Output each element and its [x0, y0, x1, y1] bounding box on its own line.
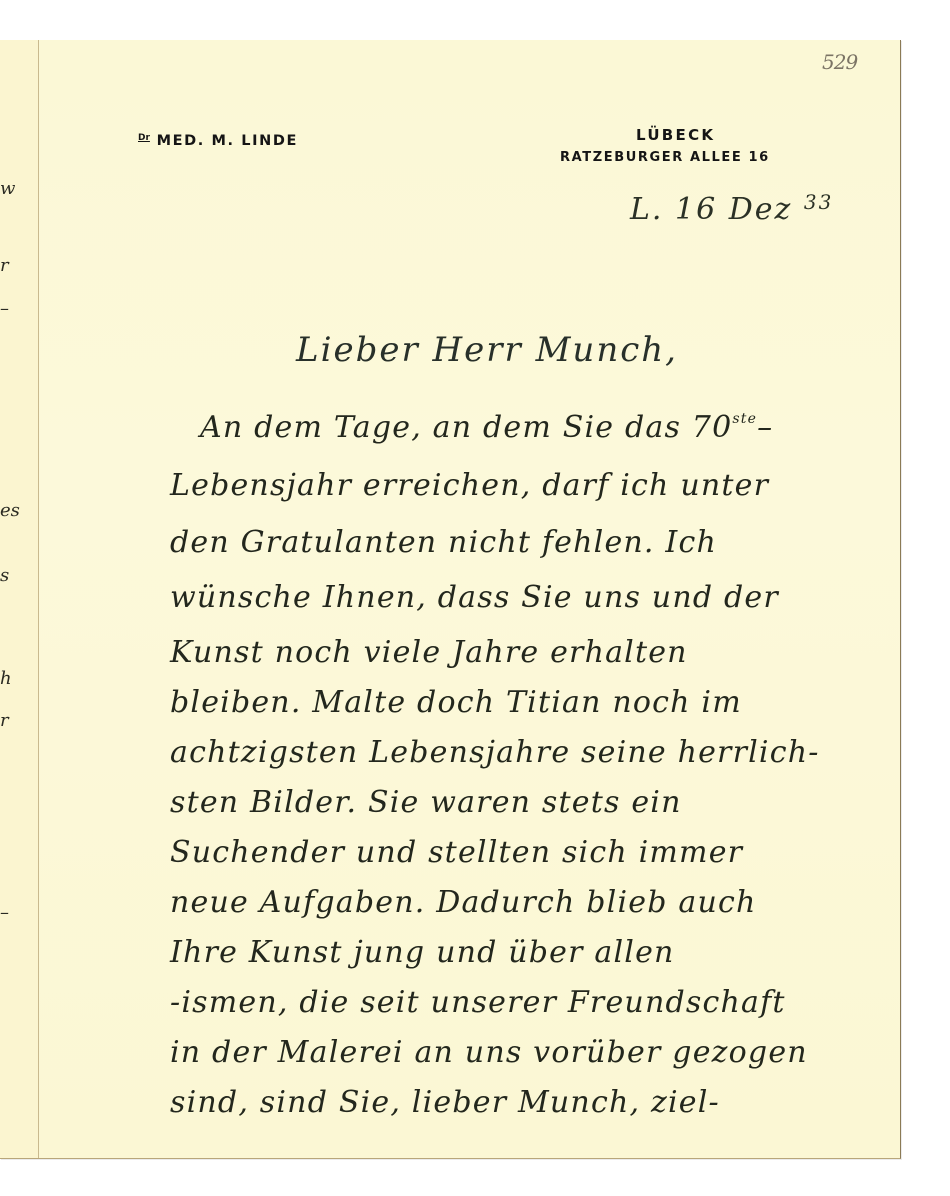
bleed-text: es — [0, 500, 28, 521]
body-line-1: An dem Tage, an dem Sie das 70ste– — [200, 410, 773, 445]
bleed-text: – — [0, 902, 28, 923]
letterhead-name: Dr MED. M. LINDE — [138, 133, 298, 149]
body-line-4: wünsche Ihnen, dass Sie uns und der — [170, 580, 779, 615]
bleed-text: r — [0, 255, 28, 276]
body-line-14: sind, sind Sie, lieber Munch, ziel- — [170, 1085, 720, 1120]
line-dash: – — [757, 410, 773, 445]
body-line-10: neue Aufgaben. Dadurch blieb auch — [170, 885, 757, 920]
letterhead-name-text: MED. M. LINDE — [157, 133, 298, 149]
letter-date: L. 16 Dez 33 — [630, 190, 833, 227]
body-line-9: Suchender und stellten sich immer — [170, 835, 743, 870]
body-line-text: An dem Tage, an dem Sie das 70 — [200, 410, 732, 445]
letter-sheet: w r – es s h r – 529 Dr MED. M. LINDE LÜ… — [0, 40, 901, 1159]
letterhead-city: LÜBECK — [636, 126, 715, 144]
letterhead-title: Dr — [138, 133, 150, 143]
salutation: Lieber Herr Munch, — [296, 330, 678, 370]
body-line-8: sten Bilder. Sie waren stets ein — [170, 785, 682, 820]
body-line-13: in der Malerei an uns vorüber gezogen — [170, 1035, 808, 1070]
date-text: L. 16 Dez — [630, 192, 792, 227]
body-line-7: achtzigsten Lebensjahre seine herrlich- — [170, 735, 820, 770]
letterhead-street: RATZEBURGER ALLEE 16 — [560, 150, 770, 165]
body-line-5: Kunst noch viele Jahre erhalten — [170, 635, 688, 670]
bleed-text: w — [0, 178, 28, 199]
body-line-2: Lebensjahr erreichen, darf ich unter — [170, 468, 769, 503]
body-line-11: Ihre Kunst jung und über allen — [170, 935, 675, 970]
page-fold-line — [38, 40, 39, 1158]
bleed-text: h — [0, 668, 28, 689]
date-year: 33 — [804, 190, 833, 214]
archive-number: 529 — [822, 50, 857, 74]
bleed-text: – — [0, 298, 28, 319]
body-line-3: den Gratulanten nicht fehlen. Ich — [170, 525, 717, 560]
body-line-6: bleiben. Malte doch Titian noch im — [170, 685, 742, 720]
bleed-text: r — [0, 710, 28, 731]
bleed-text: s — [0, 565, 28, 586]
ordinal-superscript: ste — [732, 411, 757, 427]
adjacent-page-edge: w r – es s h r – — [0, 40, 38, 1158]
body-line-12: -ismen, die seit unserer Freundschaft — [170, 985, 786, 1020]
